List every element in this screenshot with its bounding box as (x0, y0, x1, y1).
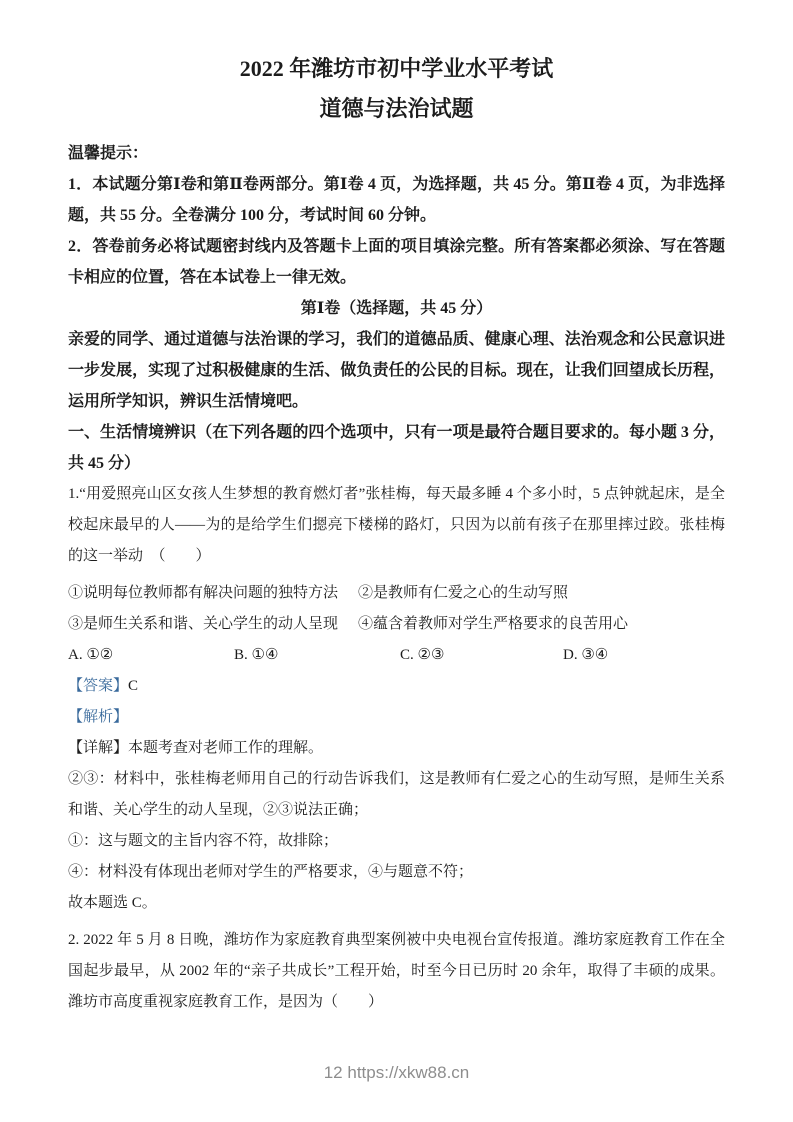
exam-title: 2022 年潍坊市初中学业水平考试 (68, 54, 725, 84)
page-number: 12 (324, 1063, 343, 1082)
explanation-2: ①：这与题文的主旨内容不符，故排除； (68, 826, 725, 857)
exam-subtitle: 道德与法治试题 (68, 94, 725, 124)
explanation-4: 故本题选 C。 (68, 888, 725, 919)
exam-page: 2022 年潍坊市初中学业水平考试 道德与法治试题 温馨提示： 1．本试题分第Ⅰ… (0, 0, 793, 1122)
statement-4: ④蕴含着教师对学生严格要求的良苦用心 (358, 609, 725, 640)
option-d: D. ③④ (563, 640, 725, 671)
option-a: A. ①② (68, 640, 234, 671)
question-1: 1.“用爱照亮山区女孩人生梦想的教育燃灯者”张桂梅，每天最多睡 4 个多小时，5… (68, 479, 725, 919)
question-1-statements: ①说明每位教师都有解决问题的独特方法 ②是教师有仁爱之心的生动写照 ③是师生关系… (68, 578, 725, 640)
explanation-1: ②③：材料中，张桂梅老师用自己的行动告诉我们，这是教师有仁爱之心的生动写照，是师… (68, 764, 725, 826)
answer-label: 【答案】 (68, 678, 128, 694)
statement-1: ①说明每位教师都有解决问题的独特方法 (68, 578, 358, 609)
statement-3: ③是师生关系和谐、关心学生的动人呈现 (68, 609, 358, 640)
question-1-options: A. ①② B. ①④ C. ②③ D. ③④ (68, 640, 725, 671)
question-2: 2. 2022 年 5 月 8 日晚，潍坊作为家庭教育典型案例被中央电视台宣传报… (68, 925, 725, 1018)
footer-url: https://xkw88.cn (347, 1063, 469, 1082)
answer-value: C (128, 678, 138, 694)
analysis-line: 【解析】 (68, 702, 725, 733)
statement-2: ②是教师有仁爱之心的生动写照 (358, 578, 725, 609)
option-c: C. ②③ (400, 640, 563, 671)
answer-line: 【答案】C (68, 671, 725, 702)
page-footer: 12 https://xkw88.cn (0, 1058, 793, 1088)
part1-intro: 亲爱的同学、通过道德与法治课的学习，我们的道德品质、健康心理、法治观念和公民意识… (68, 324, 725, 417)
part1-heading: 第Ⅰ卷（选择题，共 45 分） (68, 293, 725, 324)
detail-text: 本题考查对老师工作的理解。 (128, 740, 323, 756)
explanation-3: ④：材料没有体现出老师对学生的严格要求，④与题意不符； (68, 857, 725, 888)
analysis-label: 【解析】 (68, 709, 128, 725)
notice-item-2: 2．答卷前务必将试题密封线内及答题卡上面的项目填涂完整。所有答案都必须涂、写在答… (68, 231, 725, 293)
notice-label: 温馨提示： (68, 138, 725, 169)
detail-line: 【详解】本题考查对老师工作的理解。 (68, 733, 725, 764)
detail-label: 【详解】 (68, 740, 128, 756)
notice-item-1: 1．本试题分第Ⅰ卷和第Ⅱ卷两部分。第Ⅰ卷 4 页，为选择题，共 45 分。第Ⅱ卷… (68, 169, 725, 231)
section1-title: 一、生活情境辨识（在下列各题的四个选项中，只有一项是最符合题目要求的。每小题 3… (68, 417, 725, 479)
option-b: B. ①④ (234, 640, 400, 671)
question-1-stem: 1.“用爱照亮山区女孩人生梦想的教育燃灯者”张桂梅，每天最多睡 4 个多小时，5… (68, 479, 725, 572)
question-2-stem: 2. 2022 年 5 月 8 日晚，潍坊作为家庭教育典型案例被中央电视台宣传报… (68, 925, 725, 1018)
